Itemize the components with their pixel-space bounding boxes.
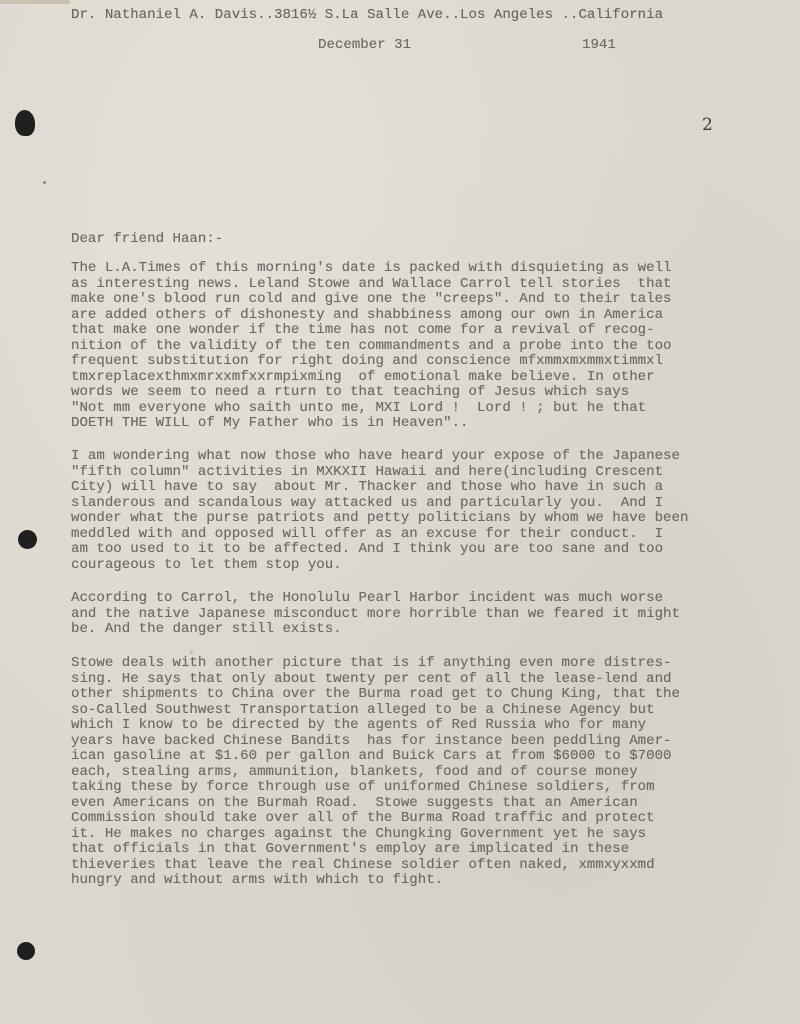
date-year: 1941 (582, 38, 616, 54)
paper-edge-shadow (0, 0, 70, 4)
paragraph-line: Commission should take over all of the B… (71, 811, 655, 827)
paragraph-line: sing. He says that only about twenty per… (71, 672, 672, 688)
paragraph-line: am too used to it to be affected. And I … (71, 542, 663, 558)
paragraph-line: years have backed Chinese Bandits has fo… (71, 734, 672, 750)
letterhead: Dr. Nathaniel A. Davis..3816½ S.La Salle… (71, 8, 663, 24)
paragraph-line: which I know to be directed by the agent… (71, 718, 646, 734)
paragraph-line: tmxreplacexthmxmrxxmfxxrmpixming of emot… (71, 370, 655, 386)
paragraph-line: DOETH THE WILL of My Father who is in He… (71, 416, 469, 432)
paragraph-line: taking these by force through use of uni… (71, 780, 655, 796)
paragraph-line: I am wondering what now those who have h… (71, 449, 680, 465)
paragraph-line: each, stealing arms, ammunition, blanket… (71, 765, 638, 781)
paragraph-line: According to Carrol, the Honolulu Pearl … (71, 591, 663, 607)
paragraph-line: frequent substitution for right doing an… (71, 354, 663, 370)
paragraph-line: other shipments to China over the Burma … (71, 687, 680, 703)
paragraph-line: that make one wonder if the time has not… (71, 323, 655, 339)
paragraph-line: as interesting news. Leland Stowe and Wa… (71, 277, 672, 293)
paragraph-line: are added others of dishonesty and shabb… (71, 308, 663, 324)
paper-speck (43, 181, 46, 184)
paragraph-line: The L.A.Times of this morning's date is … (71, 261, 672, 277)
paragraph-line: Stowe deals with another picture that is… (71, 656, 672, 672)
paragraph-line: thieveries that leave the real Chinese s… (71, 858, 655, 874)
paragraph-line: make one's blood run cold and give one t… (71, 292, 672, 308)
paragraph-line: courageous to let them stop you. (71, 558, 342, 574)
punch-hole-top (15, 110, 35, 136)
paragraph-line: City) will have to say about Mr. Thacker… (71, 480, 663, 496)
paragraph-line: and the native Japanese misconduct more … (71, 607, 680, 623)
paragraph-line: ican gasoline at $1.60 per gallon and Bu… (71, 749, 672, 765)
paragraph-line: slanderous and scandalous way attacked u… (71, 496, 663, 512)
paragraph-line: nition of the validity of the ten comman… (71, 339, 672, 355)
paragraph-line: meddled with and opposed will offer as a… (71, 527, 663, 543)
paragraph-line: "Not mm everyone who saith unto me, MXI … (71, 401, 646, 417)
paragraph-line: hungry and without arms with which to fi… (71, 873, 443, 889)
page-number: 2 (702, 115, 713, 135)
paper-speck (190, 651, 193, 654)
date-month-day: December 31 (318, 38, 411, 54)
salutation: Dear friend Haan:- (71, 232, 223, 248)
paragraph-line: that officials in that Government's empl… (71, 842, 629, 858)
paragraph-line: be. And the danger still exists. (71, 622, 342, 638)
paragraph-line: "fifth column" activities in MXKXII Hawa… (71, 465, 663, 481)
paragraph-line: it. He makes no charges against the Chun… (71, 827, 646, 843)
paragraph-line: words we seem to need a rturn to that te… (71, 385, 629, 401)
punch-hole-bottom (17, 942, 35, 960)
punch-hole-middle (18, 530, 37, 549)
paragraph-line: even Americans on the Burmah Road. Stowe… (71, 796, 638, 812)
paragraph-line: so-Called Southwest Transportation alleg… (71, 703, 655, 719)
paragraph-line: wonder what the purse patriots and petty… (71, 511, 688, 527)
